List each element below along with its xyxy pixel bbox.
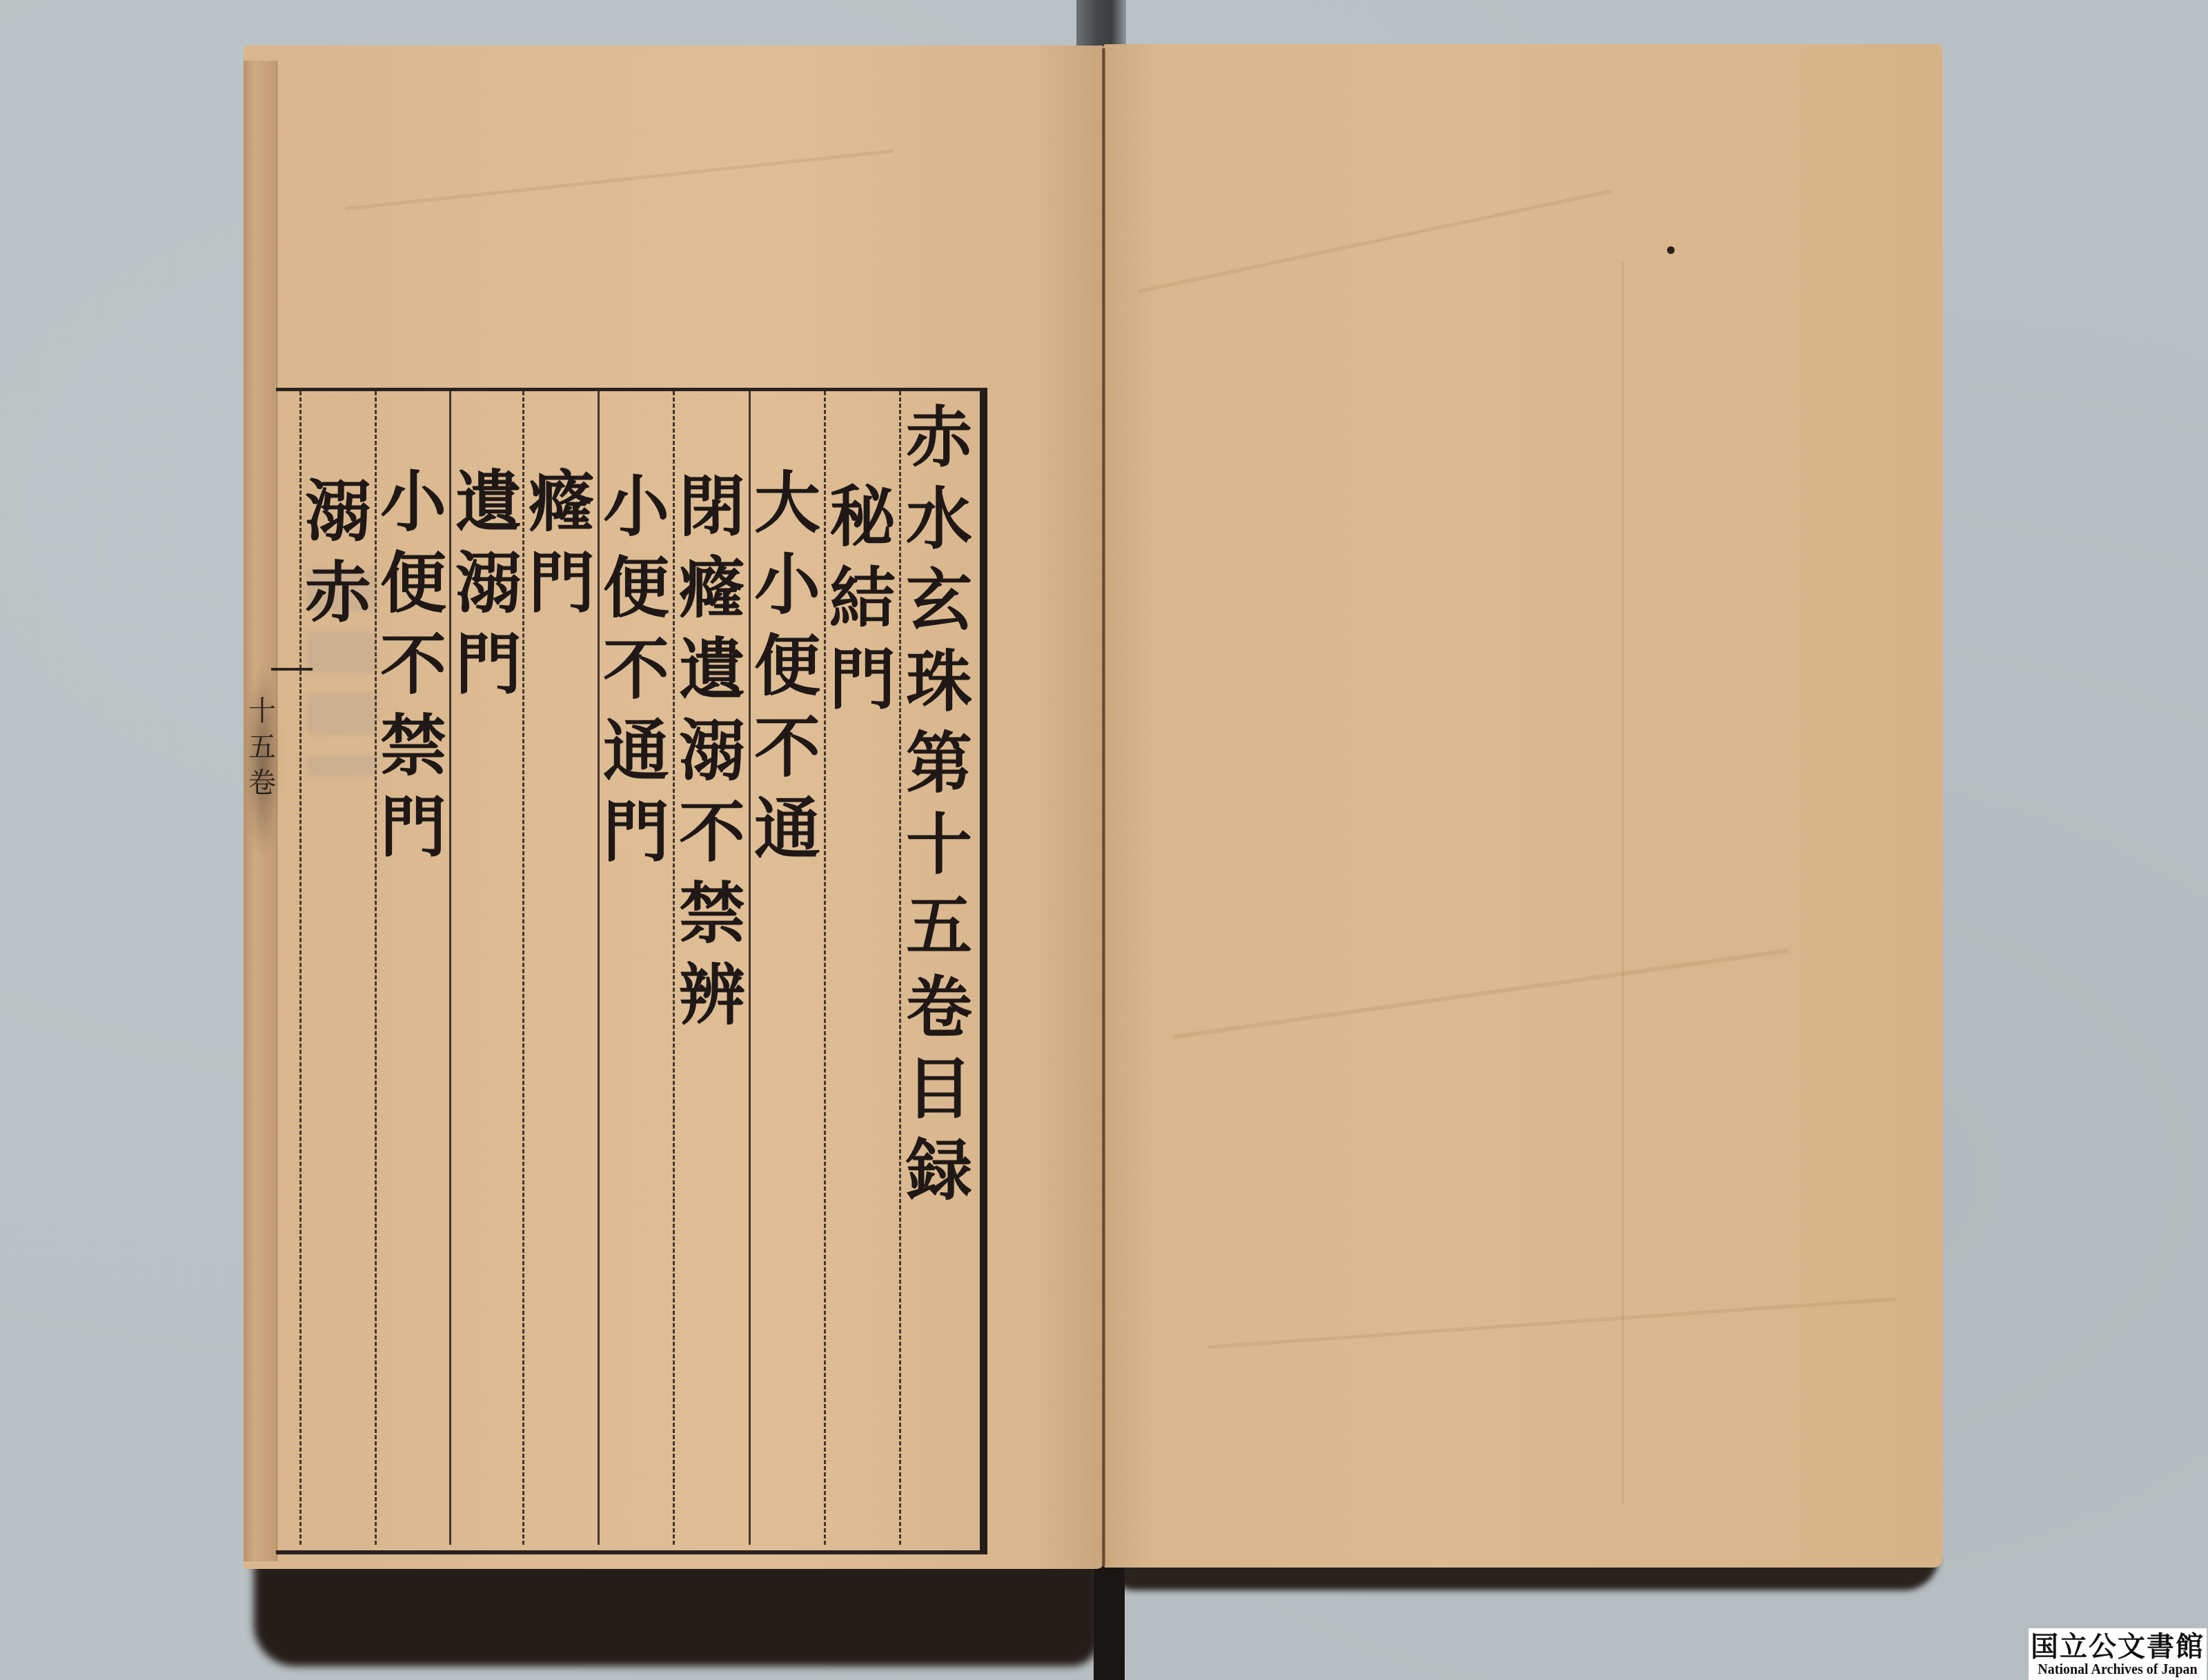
- toc-entry-7: 小 便 不 禁 門: [376, 461, 451, 868]
- entry-char: 不: [754, 706, 820, 788]
- entry-char: 禁: [380, 705, 446, 787]
- entry-char: 閉: [679, 466, 745, 547]
- title-char: 珠: [906, 641, 972, 722]
- entry-char: 門: [603, 791, 669, 873]
- ink-smudge: [245, 666, 279, 859]
- entry-char: 辨: [679, 954, 745, 1036]
- title-char: 水: [906, 478, 972, 560]
- ink-spot: [1667, 246, 1675, 254]
- entry-char: 門: [380, 787, 446, 868]
- toc-entry-3: 閉 癃 遺 溺 不 禁 辨: [675, 466, 749, 1036]
- entry-char: 便: [603, 547, 669, 629]
- entry-char: 不: [380, 624, 446, 705]
- toc-entry-2: 大 小 便 不 通: [750, 462, 825, 869]
- entry-char: 癃: [679, 547, 745, 629]
- entry-char: 門: [529, 542, 595, 624]
- entry-char: 溺: [455, 542, 522, 624]
- entry-char: 小: [603, 466, 669, 547]
- toc-entry-6: 遺 溺 門: [451, 461, 526, 705]
- entry-char: 癃: [529, 461, 595, 542]
- entry-char: 門: [455, 624, 522, 705]
- entry-char: 赤: [305, 552, 371, 633]
- watermark-english: National Archives of Japan: [2038, 1662, 2197, 1677]
- entry-char: 大: [754, 462, 820, 544]
- watermark-japanese: 国立公文書館: [2031, 1632, 2205, 1662]
- title-char: 赤: [906, 397, 972, 478]
- entry-char: 通: [603, 710, 669, 791]
- entry-char: 遺: [455, 461, 522, 542]
- archive-watermark: 国立公文書館 National Archives of Japan: [2029, 1628, 2207, 1680]
- entry-char: 小: [754, 544, 820, 625]
- title-char: 十: [906, 804, 972, 885]
- spine-bottom-shadow: [1094, 1556, 1125, 1680]
- toc-entry-4: 小 便 不 通 門: [599, 466, 673, 873]
- toc-entry-1: 秘 結 門: [825, 476, 900, 720]
- title-char: 玄: [906, 560, 972, 641]
- entry-char: 不: [603, 629, 669, 710]
- fore-edge-volume-label: 十 五 卷: [245, 652, 279, 866]
- entry-char: 門: [829, 639, 896, 720]
- entry-char: 便: [754, 625, 820, 706]
- left-page-shadow: [254, 1552, 1099, 1666]
- entry-char: 秘: [829, 476, 896, 557]
- entry-char: 遺: [679, 629, 745, 710]
- entry-char: 不: [679, 791, 745, 873]
- toc-entry-5: 癃 門: [524, 461, 599, 624]
- title-char: 卷: [906, 967, 972, 1048]
- entry-char: 溺: [679, 710, 745, 791]
- toc-title: 赤 水 玄 珠 第 十 五 卷 目 録: [902, 397, 976, 1211]
- entry-char: 通: [754, 788, 820, 869]
- book-gutter: [1102, 48, 1105, 1566]
- entry-char: 便: [380, 542, 446, 624]
- title-char: 録: [906, 1129, 972, 1211]
- title-char: 目: [906, 1048, 972, 1129]
- paper-crease: [1621, 262, 1624, 1504]
- toc-entry-8: 溺 赤: [301, 471, 375, 633]
- title-char: 第: [906, 722, 972, 804]
- title-char: 五: [906, 885, 972, 967]
- entry-char: 小: [380, 461, 446, 542]
- entry-char: 結: [829, 557, 896, 639]
- entry-char: 溺: [305, 471, 371, 552]
- entry-char: 禁: [679, 873, 745, 954]
